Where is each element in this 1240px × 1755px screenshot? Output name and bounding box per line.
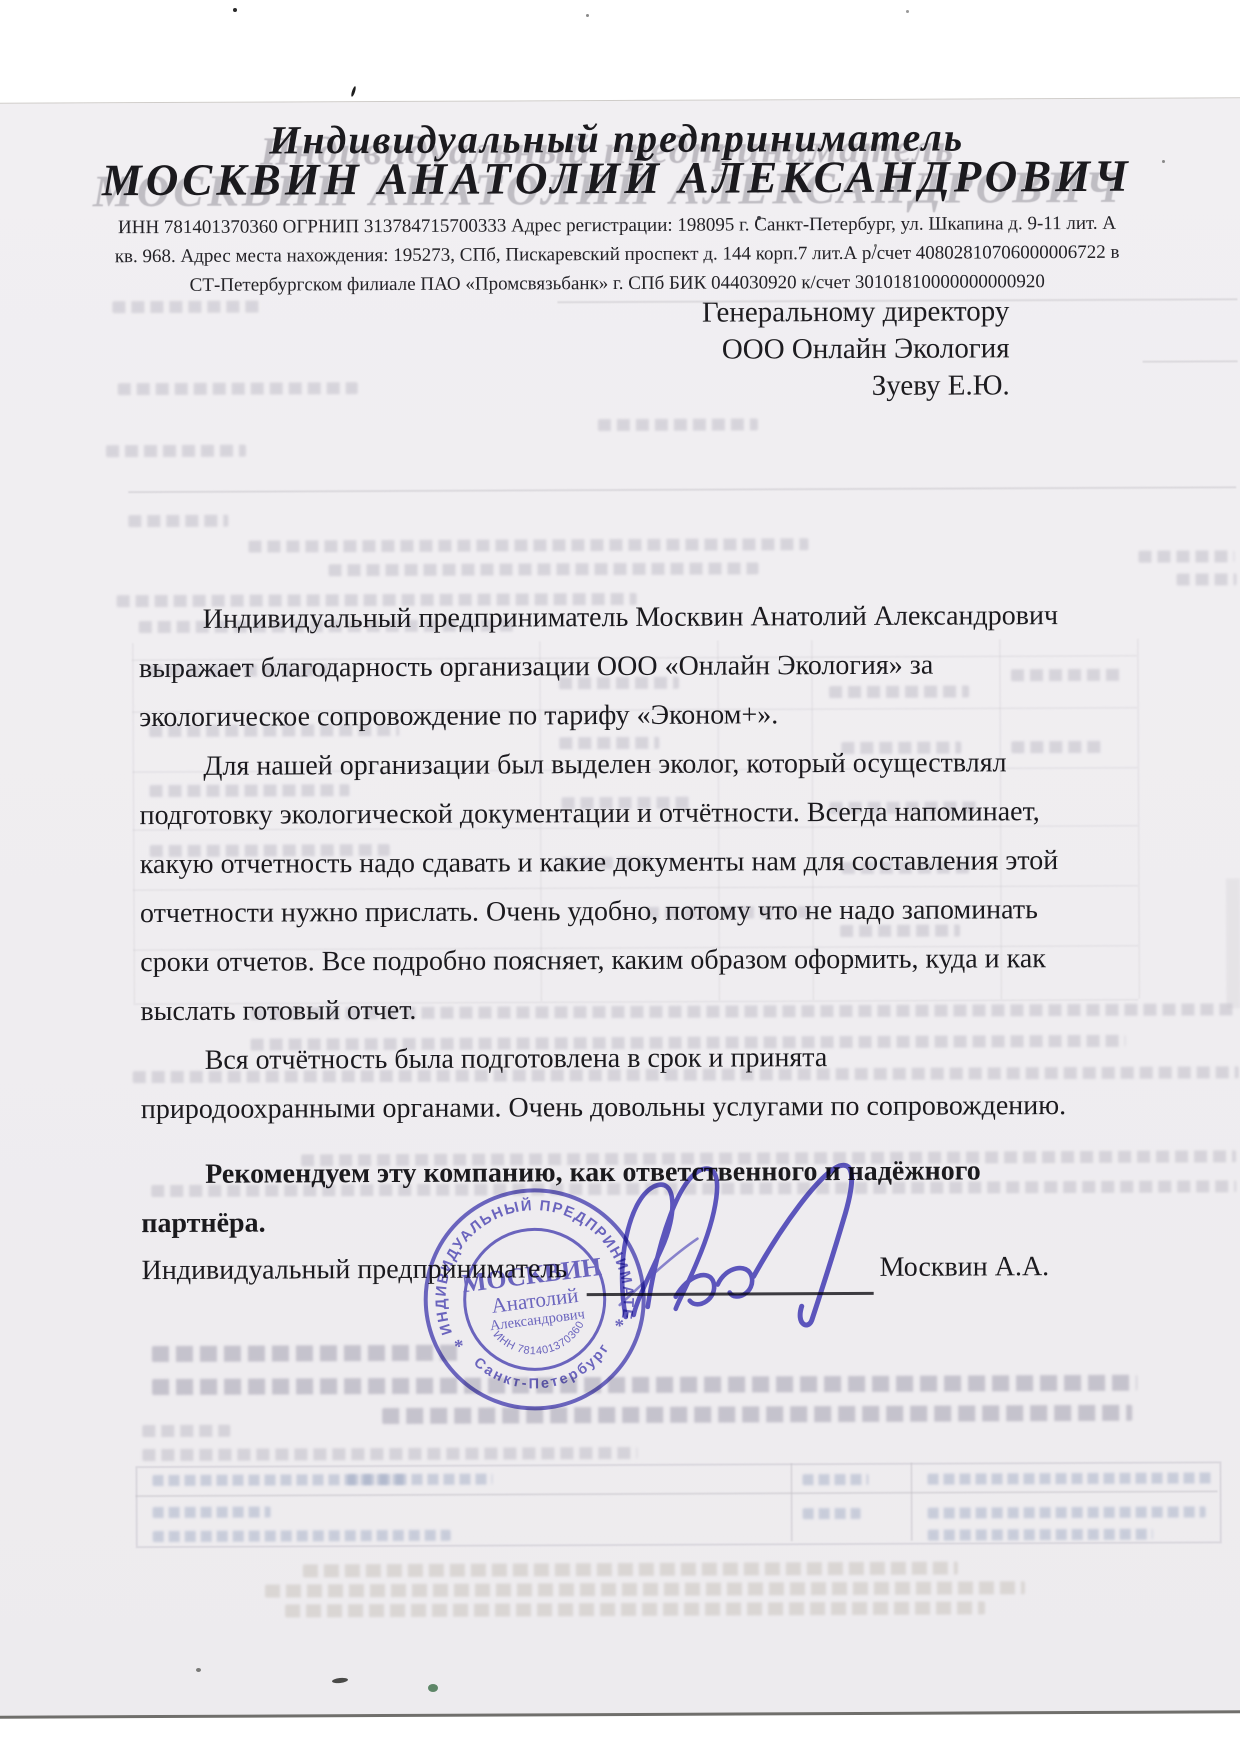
- letter-body: Индивидуальный предприниматель Москвин А…: [139, 591, 1142, 1248]
- body-paragraph-1: Индивидуальный предприниматель Москвин А…: [139, 591, 1140, 742]
- letterhead-title-line2: МОСКВИН АНАТОЛИЙ АЛЕКСАНДРОВИЧ: [0, 149, 1237, 206]
- scanned-letter-page: { "page": { "paper_color": "#f0eef1", "i…: [0, 0, 1240, 1755]
- scan-dust-speck: [586, 14, 589, 17]
- addressee-person: Зуеву Е.Ю.: [702, 367, 1010, 405]
- addressee-block: Генеральному директору ООО Онлайн Эколог…: [702, 293, 1010, 405]
- scan-dust-speck: [906, 10, 909, 13]
- letterhead-requisites: ИНН 781401370360 ОГРНИП 313784715700333 …: [87, 209, 1147, 301]
- addressee-company: ООО Онлайн Экология: [702, 330, 1010, 368]
- scanned-paper-sheet: Индивидуальный предприниматель МОСКВИН А…: [0, 97, 1240, 1719]
- body-paragraph-2: Для нашей организации был выделен эколог…: [139, 738, 1140, 1036]
- scan-dust-speck: [233, 8, 237, 12]
- addressee-position: Генеральному директору: [702, 293, 1010, 331]
- scan-dust-speck: [350, 86, 356, 97]
- handwritten-signature: [613, 1156, 914, 1332]
- stamp-star-left: *: [453, 1336, 465, 1358]
- body-paragraph-3: Вся отчётность была подготовлена в срок …: [141, 1032, 1141, 1134]
